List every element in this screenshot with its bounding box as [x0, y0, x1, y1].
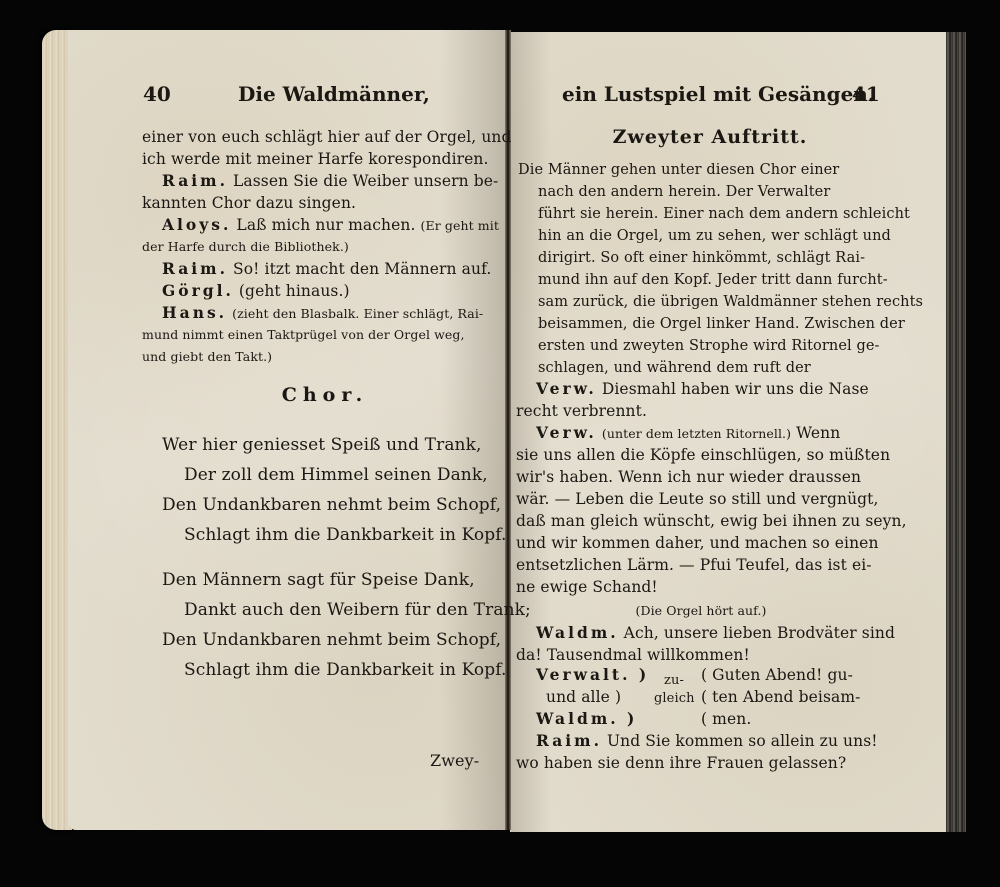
- stage-direction: (zieht den Blasbalk. Einer schlägt, Rai-: [232, 306, 483, 321]
- dialogue-line: Verw. Diesmahl haben wir uns die Nase: [516, 378, 886, 400]
- direction-line: ersten und zweyten Strophe wird Ritornel…: [518, 336, 883, 358]
- speaker-name: Görgl.: [162, 281, 234, 300]
- prose-line: Raim. So! itzt macht den Männern auf.: [142, 258, 502, 280]
- dialogue-line: recht verbrennt.: [516, 400, 886, 422]
- prose-line: einer von euch schlägt hier auf der Orge…: [142, 126, 502, 148]
- together-note: zu- gleich: [654, 672, 694, 708]
- scene-heading: Zweyter Auftritt.: [560, 126, 860, 148]
- speaker-name: Verwalt. ): [536, 664, 656, 686]
- dialogue-line: wo haben sie denn ihre Frauen gelassen?: [516, 752, 886, 774]
- line-text: ich werde mit meiner Harfe korespondiren…: [142, 150, 489, 168]
- stage-direction: (unter dem letzten Ritornell.): [602, 426, 791, 441]
- dialogue-line: Waldm. Ach, unsere lieben Brodväter sind: [516, 622, 886, 644]
- dialogue-line: ne ewige Schand!: [516, 576, 886, 598]
- dialogue-line: wär. — Leben die Leute so still und verg…: [516, 488, 886, 510]
- joint-line: ( Guten Abend! gu-: [701, 664, 891, 686]
- dialogue-line: entsetzlichen Lärm. — Pfui Teufel, das i…: [516, 554, 886, 576]
- verse-line: Schlagt ihm die Dankbarkeit in Kopf.: [162, 655, 502, 685]
- line-text: Laß mich nur machen.: [236, 216, 415, 234]
- speaker-name: Raim.: [162, 259, 228, 278]
- speaker-name: Verw.: [536, 379, 597, 398]
- chorus-heading: Chor.: [200, 384, 450, 406]
- stage-direction-centered: (Die Orgel hört auf.): [516, 598, 886, 622]
- line-text: mund nimmt einen Taktprügel von der Orge…: [142, 327, 465, 342]
- dialogue-line: Raim. Und Sie kommen so allein zu uns!: [516, 730, 886, 752]
- catchword: Zwey-: [430, 750, 479, 772]
- direction-line: hin an die Orgel, um zu sehen, wer schlä…: [518, 226, 883, 248]
- line-text: Wenn: [796, 424, 840, 442]
- direction-line: schlagen, und während dem ruft der: [518, 358, 883, 380]
- prose-line: Aloys. Laß mich nur machen. (Er geht mit: [142, 214, 502, 236]
- speaker-name: Verw.: [536, 423, 597, 442]
- prose-line: der Harfe durch die Bibliothek.): [142, 236, 502, 258]
- joint-line: ( men.: [701, 708, 891, 730]
- running-head-right: ein Lustspiel mit Gesängen.: [562, 82, 875, 106]
- together-text: gleich: [654, 690, 694, 708]
- joint-speech: Verwalt. ) und alle ) Waldm. ) zu- gleic…: [536, 664, 886, 730]
- speaker-name: Hans.: [162, 303, 227, 322]
- dialogue-line: da! Tausendmal willkommen!: [516, 644, 886, 666]
- prose-line: Görgl. (geht hinaus.): [142, 280, 502, 302]
- right-page-edges: [946, 32, 966, 832]
- verse-line: Schlagt ihm die Dankbarkeit in Kopf.: [162, 520, 502, 550]
- prose-line: Hans. (zieht den Blasbalk. Einer schlägt…: [142, 302, 502, 324]
- line-text: der Harfe durch die Bibliothek.): [142, 239, 349, 254]
- prose-line: kannten Chor dazu singen.: [142, 192, 502, 214]
- direction-line: nach den andern herein. Der Verwalter: [518, 182, 883, 204]
- right-dialogue: Verw. Diesmahl haben wir uns die Nase re…: [516, 378, 886, 666]
- verse-line: Den Männern sagt für Speise Dank,: [162, 565, 502, 595]
- dialogue-line: daß man gleich wünscht, ewig bei ihnen z…: [516, 510, 886, 532]
- joint-line: ( ten Abend beisam-: [701, 686, 891, 708]
- running-head-left: Die Waldmänner,: [238, 82, 430, 106]
- verse-line: Wer hier geniesset Speiß und Trank,: [162, 430, 502, 460]
- line-text: und giebt den Takt.): [142, 349, 272, 364]
- speaker-name: Waldm.: [536, 623, 619, 642]
- page-number-right: 41: [852, 82, 880, 106]
- dialogue-line: sie uns allen die Köpfe einschlügen, so …: [516, 444, 886, 466]
- prose-line: Raim. Lassen Sie die Weiber unsern be-: [142, 170, 502, 192]
- dialogue-line: wir's haben. Wenn ich nur wieder drausse…: [516, 466, 886, 488]
- verse-line: Den Undankbaren nehmt beim Schopf,: [162, 490, 502, 520]
- speaker-name: Raim.: [162, 171, 228, 190]
- page-number-left: 40: [143, 82, 171, 106]
- speaker-name: Waldm. ): [536, 708, 656, 730]
- line-text: So! itzt macht den Männern auf.: [233, 260, 491, 278]
- stanza-2: Den Männern sagt für Speise Dank, Dankt …: [162, 565, 502, 685]
- line-text: Diesmahl haben wir uns die Nase: [602, 380, 869, 398]
- direction-line: mund ihn auf den Kopf. Jeder tritt dann …: [518, 270, 883, 292]
- closing-dialogue: Raim. Und Sie kommen so allein zu uns! w…: [516, 730, 886, 774]
- line-text: Und Sie kommen so allein zu uns!: [607, 732, 878, 750]
- stage-direction: (Er geht mit: [421, 218, 499, 233]
- line-text: (geht hinaus.): [239, 282, 350, 300]
- line-text: Ach, unsere lieben Brodväter sind: [624, 624, 895, 642]
- joint-speakers: Verwalt. ) und alle ) Waldm. ): [536, 664, 656, 730]
- dialogue-line: Verw. (unter dem letzten Ritornell.) Wen…: [516, 422, 886, 444]
- line-text: einer von euch schlägt hier auf der Orge…: [142, 128, 512, 146]
- prose-line: mund nimmt einen Taktprügel von der Orge…: [142, 324, 502, 346]
- line-text: Lassen Sie die Weiber unsern be-: [233, 172, 498, 190]
- speaker-name: Aloys.: [162, 215, 231, 234]
- speaker-name: Raim.: [536, 731, 602, 750]
- stanza-1: Wer hier geniesset Speiß und Trank, Der …: [162, 430, 502, 550]
- dialogue-line: und wir kommen daher, und machen so eine…: [516, 532, 886, 554]
- line-text: kannten Chor dazu singen.: [142, 194, 356, 212]
- direction-line: beisammen, die Orgel linker Hand. Zwisch…: [518, 314, 883, 336]
- prose-line: ich werde mit meiner Harfe korespondiren…: [142, 148, 502, 170]
- speaker-name: und alle ): [536, 686, 656, 708]
- left-prose: einer von euch schlägt hier auf der Orge…: [142, 126, 502, 368]
- direction-line: dirigirt. So oft einer hinkömmt, schlägt…: [518, 248, 883, 270]
- book-gutter: [505, 30, 511, 830]
- together-text: zu-: [654, 672, 694, 690]
- joint-lines: ( Guten Abend! gu- ( ten Abend beisam- (…: [701, 664, 891, 730]
- open-book: 40 Die Waldmänner, einer von euch schläg…: [0, 0, 1000, 887]
- prose-line: und giebt den Takt.): [142, 346, 502, 368]
- verse-line: Der zoll dem Himmel seinen Dank,: [162, 460, 502, 490]
- direction-line: führt sie herein. Einer nach dem andern …: [518, 204, 883, 226]
- direction-line: sam zurück, die übrigen Waldmänner stehe…: [518, 292, 883, 314]
- stage-direction-block: Die Männer gehen unter diesen Chor einer…: [518, 160, 883, 380]
- verse-line: Den Undankbaren nehmt beim Schopf,: [162, 625, 502, 655]
- direction-line: Die Männer gehen unter diesen Chor einer: [518, 160, 883, 182]
- verse-line: Dankt auch den Weibern für den Trank;: [162, 595, 502, 625]
